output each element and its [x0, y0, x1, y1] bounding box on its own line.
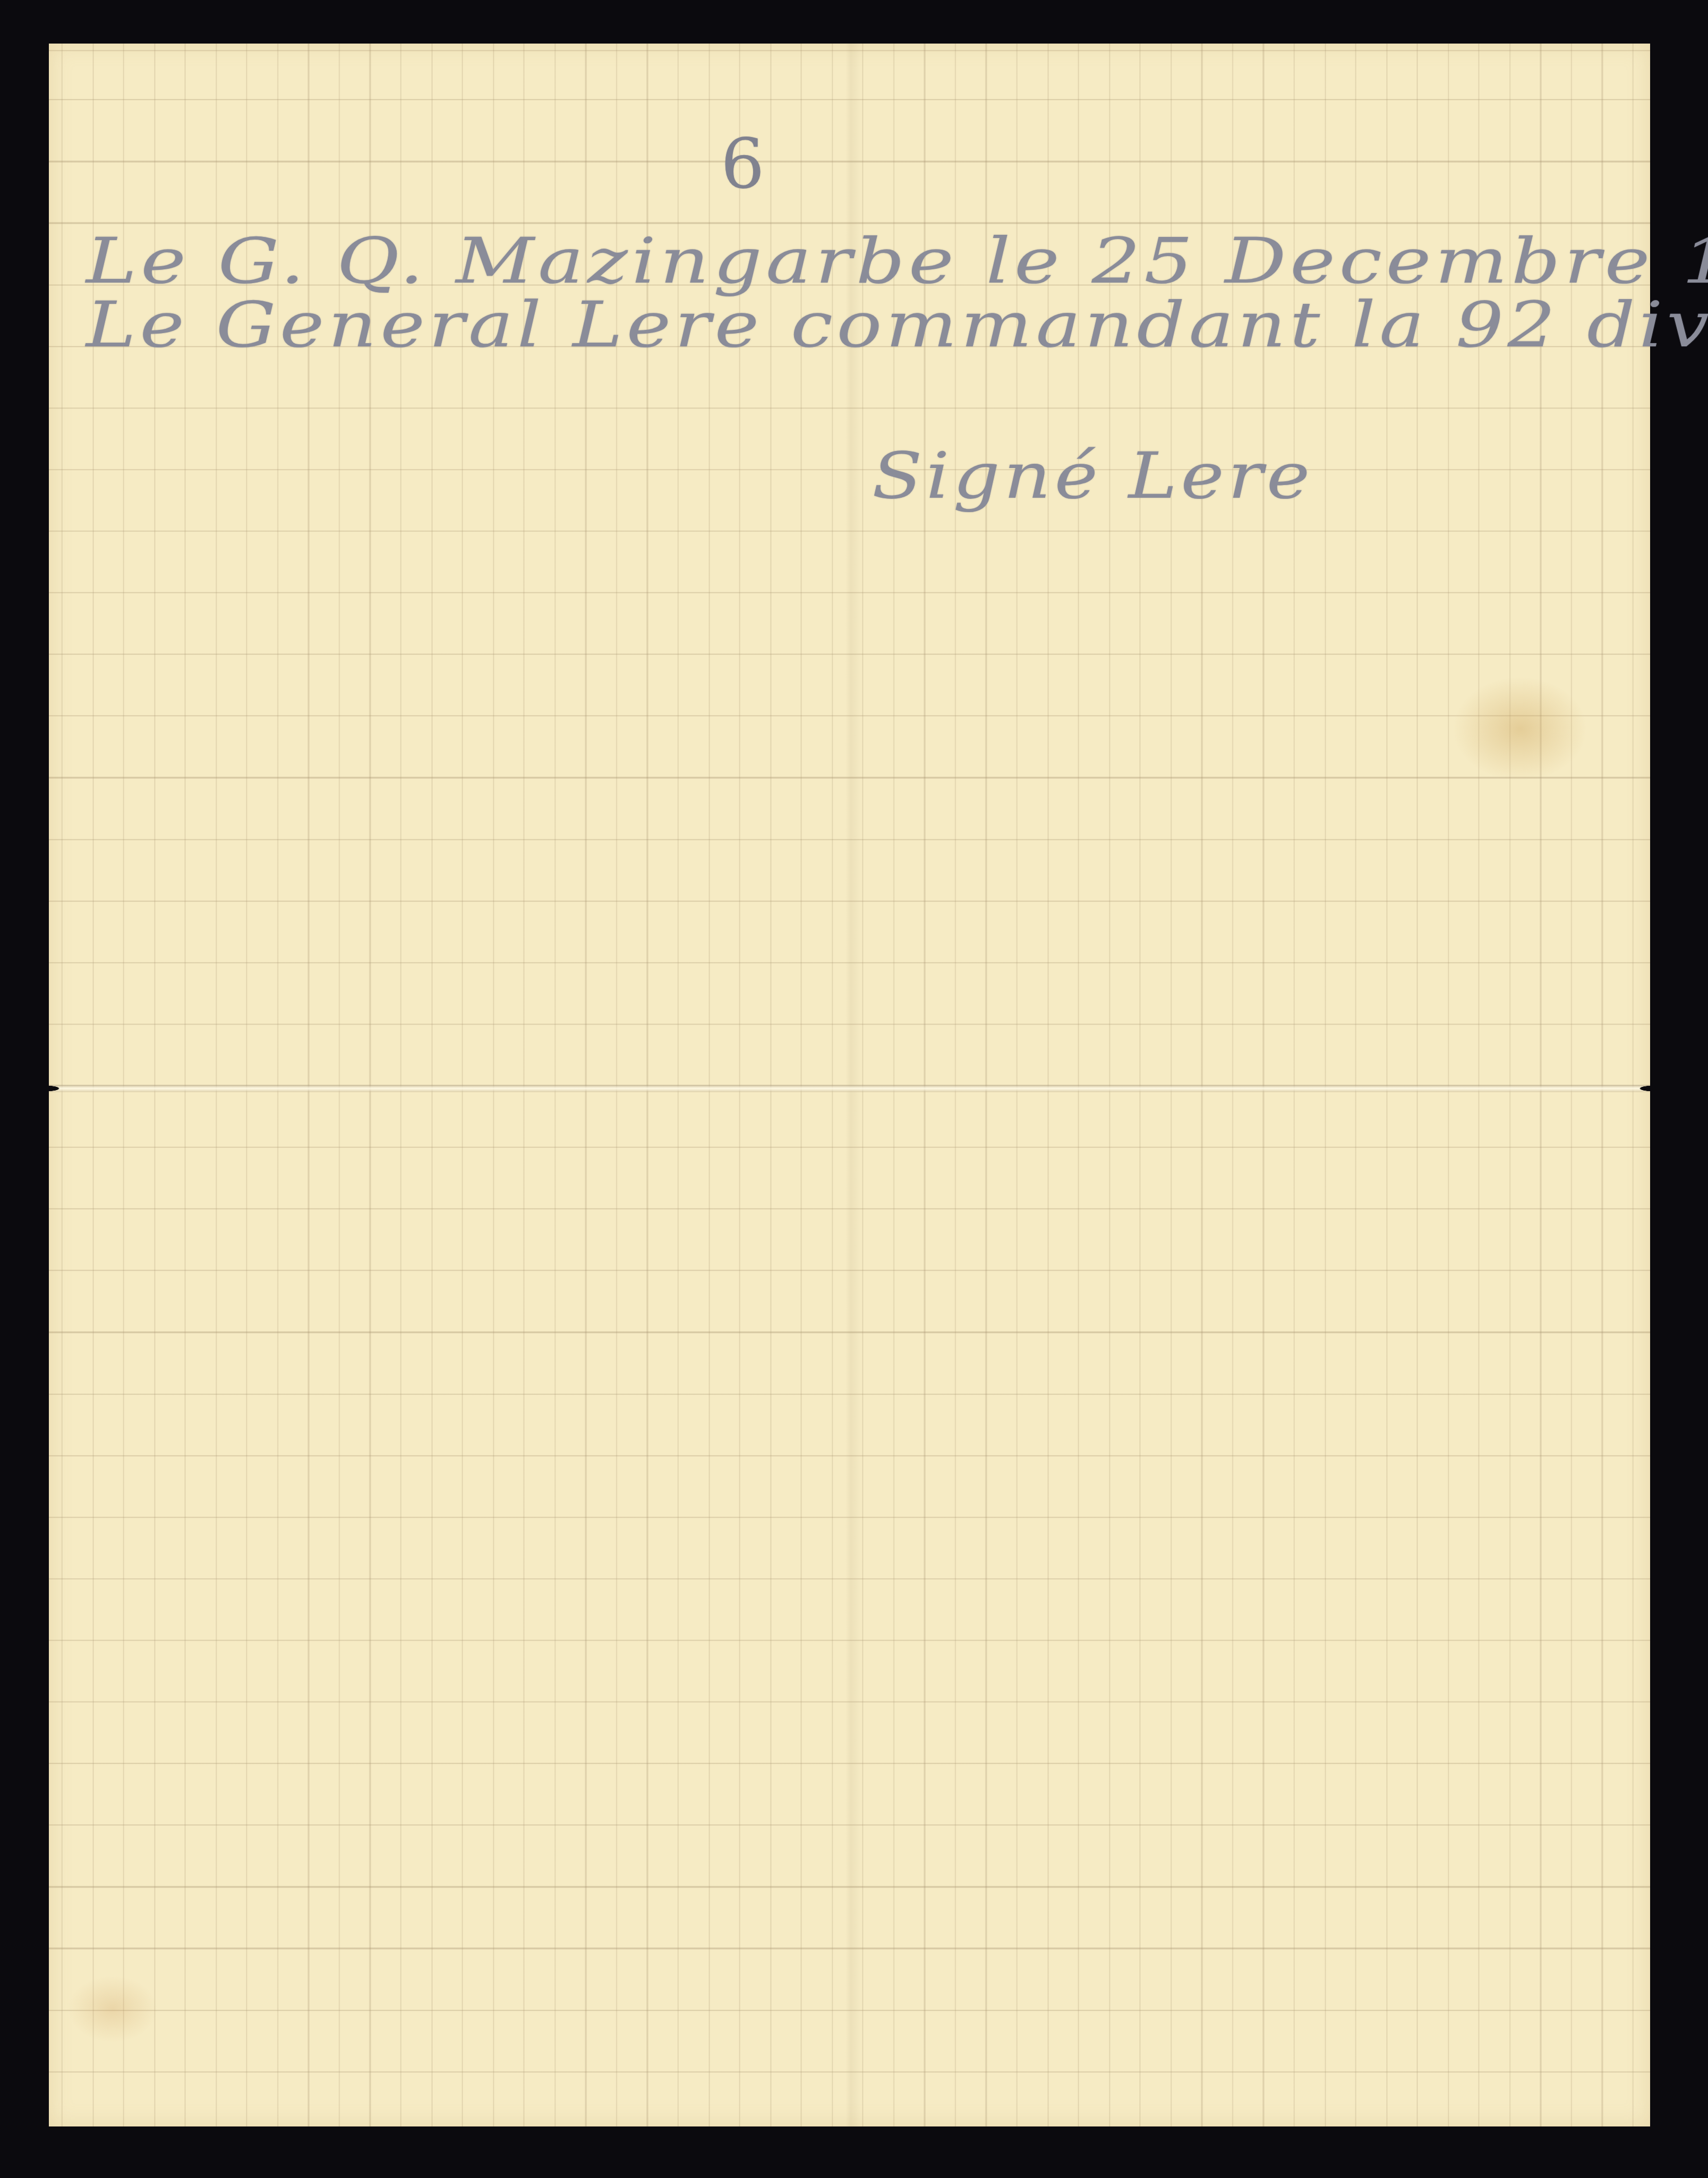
page-number: 6 — [721, 123, 768, 204]
handwritten-line-place-date: Le G. Q. Mazingarbe le 25 Decembre 1914 — [86, 224, 1708, 297]
document-page: 6 Le G. Q. Mazingarbe le 25 Decembre 191… — [49, 44, 1650, 2126]
handwritten-line-author: Le General Lere commandant la 92 divisio… — [86, 288, 1708, 361]
fold-notch-right — [1631, 1084, 1652, 1093]
signature: Signé Lere — [872, 439, 1313, 513]
paper-fold-crease — [49, 1085, 1650, 1092]
fold-notch-left — [47, 1084, 68, 1093]
